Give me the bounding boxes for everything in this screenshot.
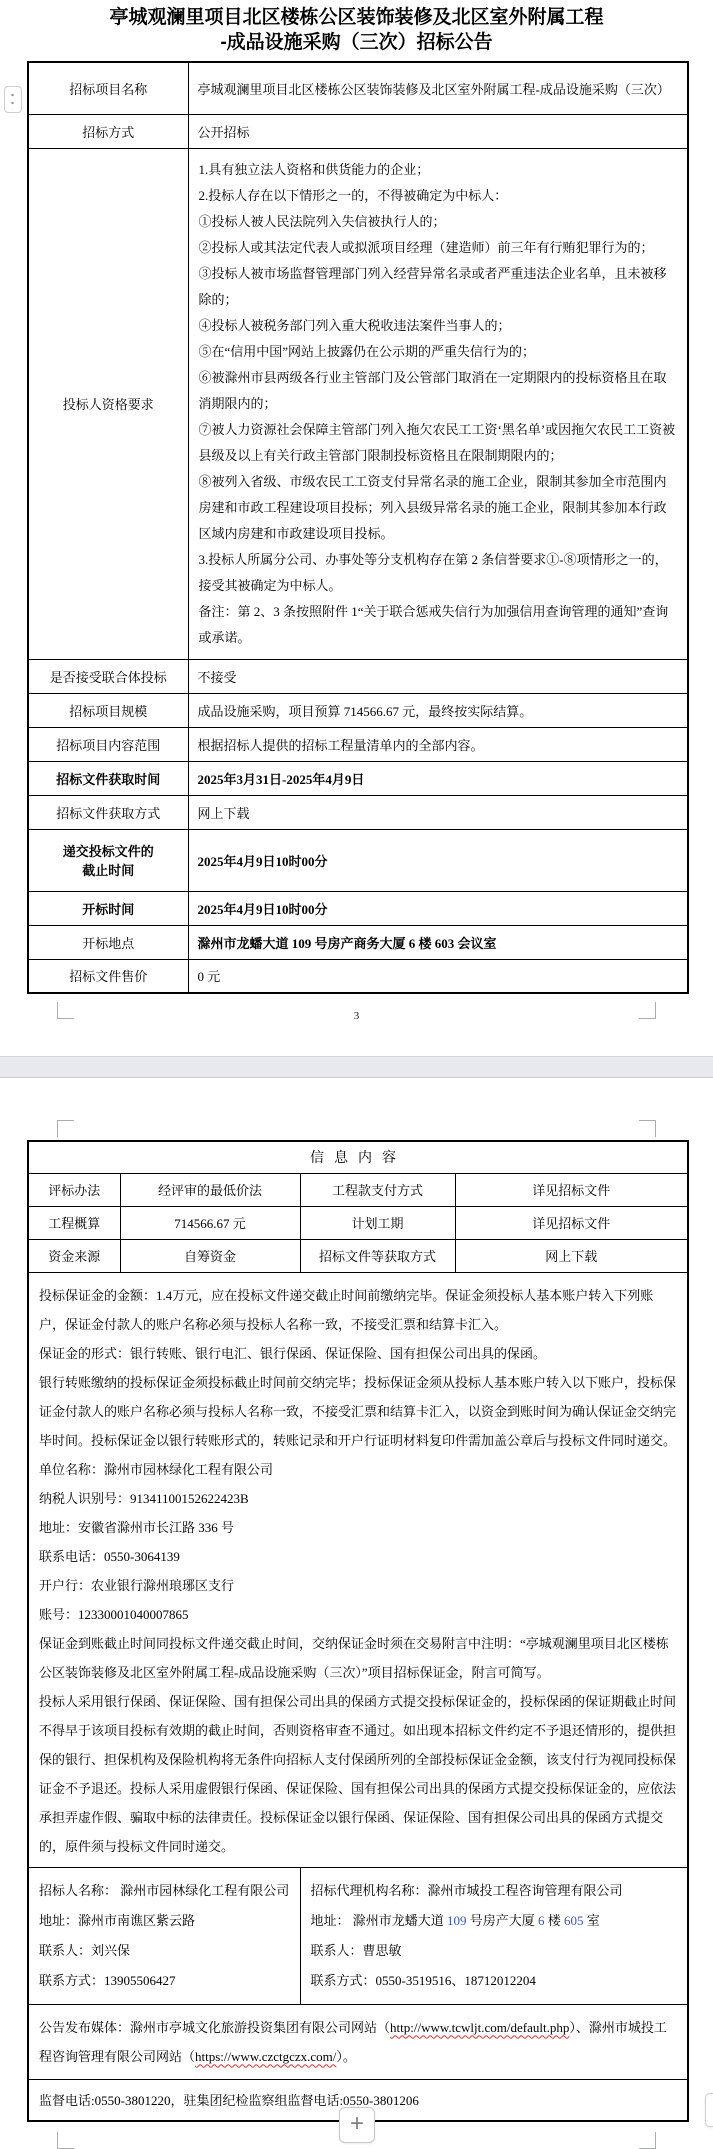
- open-time-label: 开标时间: [28, 891, 188, 925]
- table-row: 招标文件获取时间 2025年3月31日-2025年4月9日: [28, 761, 688, 795]
- deposit-paragraph: 投标保证金的金额：1.4万元，应在投标文件递交截止时间前缴纳完毕。保证金须投标人…: [39, 1281, 677, 1339]
- table-row: 信息内容: [28, 1141, 688, 1173]
- document-title-line2: -成品设施采购（三次）招标公告: [10, 30, 703, 55]
- deposit-paragraph: 保证金的形式：银行转账、银行电汇、银行保函、保证保险、国有担保公司出具的保函。: [39, 1339, 677, 1368]
- page-margin-mark: [57, 1120, 74, 1137]
- table-row: 招标项目内容范围 根据招标人提供的招标工程量清单内的全部内容。: [28, 727, 688, 761]
- page-separator: [0, 1056, 713, 1078]
- bidder-contact: 联系人：刘兴保: [39, 1936, 290, 1966]
- doc-obtain-time-label: 招标文件获取时间: [28, 761, 188, 795]
- qualification-line: ⑥被滁州市县两级各行业主管部门及公管部门取消在一定期限内的投标资格且在取消期限内…: [199, 365, 678, 417]
- agency-address-number: 605: [564, 1913, 584, 1928]
- document-page-2: 信息内容 评标办法 经评审的最低价法 工程款支付方式 详见招标文件 工程概算 7…: [0, 1078, 713, 2149]
- side-toolbar-fragment[interactable]: [705, 2093, 713, 2127]
- table-drag-handle-icon[interactable]: [4, 86, 22, 113]
- evaluation-method-label: 评标办法: [28, 1173, 120, 1206]
- project-scope-label: 招标项目内容范围: [28, 727, 188, 761]
- project-name-value: 亭城观澜里项目北区楼栋公区装饰装修及北区室外附属工程-成品设施采购（三次）: [188, 62, 688, 114]
- project-scale-value: 成品设施采购，项目预算 714566.67 元，最终按实际结算。: [188, 693, 688, 727]
- deposit-paragraph: 银行转账缴纳的投标保证金须投标截止时间前交纳完毕；投标保证金须从投标人基本账户转…: [39, 1368, 677, 1455]
- agency-address-number: 109: [447, 1913, 467, 1928]
- table-row: 开标地点 滁州市龙蟠大道 109 号房产商务大厦 6 楼 603 会议室: [28, 925, 688, 959]
- tender-method-value: 公开招标: [188, 114, 688, 148]
- qualification-line: ⑤在“信用中国”网站上披露仍在公示期的严重失信行为的；: [199, 339, 678, 365]
- agency-name: 招标代理机构名称：滁州市城投工程咨询管理有限公司: [311, 1876, 678, 1906]
- budget-value: 714566.67 元: [120, 1206, 300, 1239]
- deposit-paragraph: 投标人采用银行保函、保证保险、国有担保公司出具的保函方式提交投标保证金的，投标保…: [39, 1687, 677, 1861]
- doc-price-value: 0 元: [188, 959, 688, 993]
- qualification-line: 1.具有独立法人资格和供货能力的企业；: [199, 157, 678, 183]
- info-content-table: 信息内容 评标办法 经评审的最低价法 工程款支付方式 详见招标文件 工程概算 7…: [27, 1140, 689, 2122]
- project-name-label: 招标项目名称: [28, 62, 188, 114]
- table-row: 投标人资格要求 1.具有独立法人资格和供货能力的企业； 2.投标人存在以下情形之…: [28, 148, 688, 659]
- agency-address-text: 楼: [545, 1913, 565, 1928]
- project-scale-label: 招标项目规模: [28, 693, 188, 727]
- doc-obtain-value: 网上下载: [455, 1239, 688, 1272]
- qualification-line: ④投标人被税务部门列入重大税收违法案件当事人的；: [199, 313, 678, 339]
- agency-phone: 联系方式：0550-3519516、18712012204: [311, 1966, 678, 1996]
- media-url: https://www.czctgczx.com/: [195, 2049, 336, 2064]
- table-row: 招标方式 公开招标: [28, 114, 688, 148]
- table-row: 递交投标文件的 截止时间 2025年4月9日10时00分: [28, 829, 688, 891]
- document-page-1: 亭城观澜里项目北区楼栋公区装饰装修及北区室外附属工程 -成品设施采购（三次）招标…: [0, 0, 713, 1056]
- page-number: 3: [0, 1010, 713, 1022]
- agency-info-cell: 招标代理机构名称：滁州市城投工程咨询管理有限公司 地址： 滁州市龙蟠大道 109…: [300, 1867, 688, 2004]
- deposit-paragraph: 账号：12330001040007865: [39, 1600, 677, 1629]
- qualification-line: 2.投标人存在以下情形之一的，不得被确定为中标人：: [199, 183, 678, 209]
- bidder-address: 地址：滁州市南谯区紫云路: [39, 1906, 290, 1936]
- table-row: 开标时间 2025年4月9日10时00分: [28, 891, 688, 925]
- table-row: 工程概算 714566.67 元 计划工期 详见招标文件: [28, 1206, 688, 1239]
- qualification-line: ⑦被人力资源社会保障主管部门列入拖欠农民工工资‘黑名单’或因拖欠农民工工资被县级…: [199, 417, 678, 469]
- add-content-button[interactable]: +: [339, 2107, 375, 2143]
- deposit-paragraph: 联系电话：0550-3064139: [39, 1542, 677, 1571]
- deposit-paragraph: 纳税人识别号：91341100152622423B: [39, 1484, 677, 1513]
- budget-label: 工程概算: [28, 1206, 120, 1239]
- table-row: 招标项目规模 成品设施采购，项目预算 714566.67 元，最终按实际结算。: [28, 693, 688, 727]
- bidder-name: 招标人名称： 滁州市园林绿化工程有限公司: [39, 1876, 290, 1906]
- table-row: 是否接受联合体投标 不接受: [28, 659, 688, 693]
- doc-obtain-label: 招标文件等获取方式: [300, 1239, 455, 1272]
- table-row: 招标项目名称 亭城观澜里项目北区楼栋公区装饰装修及北区室外附属工程-成品设施采购…: [28, 62, 688, 114]
- table-row: 招标文件获取方式 网上下载: [28, 795, 688, 829]
- agency-address-text: 地址： 滁州市龙蟠大道: [311, 1913, 448, 1928]
- doc-obtain-time-value: 2025年3月31日-2025年4月9日: [188, 761, 688, 795]
- doc-obtain-method-label: 招标文件获取方式: [28, 795, 188, 829]
- deposit-terms-cell: 投标保证金的金额：1.4万元，应在投标文件递交截止时间前缴纳完毕。保证金须投标人…: [28, 1272, 688, 1867]
- consortium-value: 不接受: [188, 659, 688, 693]
- deposit-paragraph: 保证金到账截止时间同投标文件递交截止时间，交纳保证金时须在交易附言中注明：“亭城…: [39, 1629, 677, 1687]
- bidder-info-cell: 招标人名称： 滁州市园林绿化工程有限公司 地址：滁州市南谯区紫云路 联系人：刘兴…: [28, 1867, 300, 2004]
- project-scope-value: 根据招标人提供的招标工程量清单内的全部内容。: [188, 727, 688, 761]
- consortium-label: 是否接受联合体投标: [28, 659, 188, 693]
- doc-price-label: 招标文件售价: [28, 959, 188, 993]
- page-margin-mark: [639, 2132, 656, 2149]
- open-place-label: 开标地点: [28, 925, 188, 959]
- qualification-line: 3.投标人所属分公司、办事处等分支机构存在第 2 条信誉要求①-⑧项情形之一的，…: [199, 547, 678, 599]
- bidder-phone: 联系方式：13905506427: [39, 1966, 290, 1996]
- submit-deadline-label: 递交投标文件的 截止时间: [28, 829, 188, 891]
- media-text: ）。: [336, 2049, 356, 2064]
- payment-method-value: 详见招标文件: [455, 1173, 688, 1206]
- agency-address-text: 号房产大厦: [467, 1913, 539, 1928]
- payment-method-label: 工程款支付方式: [300, 1173, 455, 1206]
- open-place-value: 滁州市龙蟠大道 109 号房产商务大厦 6 楼 603 会议室: [188, 925, 688, 959]
- table-row: 投标保证金的金额：1.4万元，应在投标文件递交截止时间前缴纳完毕。保证金须投标人…: [28, 1272, 688, 1867]
- page-margin-mark: [639, 1120, 656, 1137]
- agency-address-text: 室: [584, 1913, 600, 1928]
- announcement-media-cell: 公告发布媒体：滁州市亭城文化旅游投资集团有限公司网站（http://www.tc…: [28, 2004, 688, 2079]
- deposit-paragraph: 开户行：农业银行滁州琅琊区支行: [39, 1571, 677, 1600]
- deposit-paragraph: 单位名称：滁州市园林绿化工程有限公司: [39, 1455, 677, 1484]
- schedule-label: 计划工期: [300, 1206, 455, 1239]
- table-row: 资金来源 自筹资金 招标文件等获取方式 网上下载: [28, 1239, 688, 1272]
- table-row: 招标人名称： 滁州市园林绿化工程有限公司 地址：滁州市南谯区紫云路 联系人：刘兴…: [28, 1867, 688, 2004]
- fund-source-label: 资金来源: [28, 1239, 120, 1272]
- qualification-line: 备注：第 2、3 条按照附件 1“关于联合惩戒失信行为加强信用查询管理的通知”查…: [199, 599, 678, 651]
- doc-obtain-method-value: 网上下载: [188, 795, 688, 829]
- deposit-paragraph: 地址：安徽省滁州市长江路 336 号: [39, 1513, 677, 1542]
- info-table-header: 信息内容: [28, 1141, 688, 1173]
- qualification-line: ②投标人或其法定代表人或拟派项目经理（建造师）前三年有行贿犯罪行为的；: [199, 235, 678, 261]
- open-time-value: 2025年4月9日10时00分: [188, 891, 688, 925]
- agency-address: 地址： 滁州市龙蟠大道 109 号房产大厦 6 楼 605 室: [311, 1906, 678, 1936]
- schedule-value: 详见招标文件: [455, 1206, 688, 1239]
- agency-contact: 联系人：曹思敏: [311, 1936, 678, 1966]
- fund-source-value: 自筹资金: [120, 1239, 300, 1272]
- qualification-value: 1.具有独立法人资格和供货能力的企业； 2.投标人存在以下情形之一的，不得被确定…: [188, 148, 688, 659]
- qualification-line: ③投标人被市场监督管理部门列入经营异常名录或者严重违法企业名单，且未被移除的；: [199, 261, 678, 313]
- evaluation-method-value: 经评审的最低价法: [120, 1173, 300, 1206]
- document-title-line1: 亭城观澜里项目北区楼栋公区装饰装修及北区室外附属工程: [10, 5, 703, 30]
- submit-deadline-value: 2025年4月9日10时00分: [188, 829, 688, 891]
- document-title: 亭城观澜里项目北区楼栋公区装饰装修及北区室外附属工程 -成品设施采购（三次）招标…: [10, 5, 703, 55]
- page-margin-mark: [57, 2132, 74, 2149]
- media-text: 公告发布媒体：滁州市亭城文化旅游投资集团有限公司网站（: [39, 2020, 390, 2035]
- table-row: 评标办法 经评审的最低价法 工程款支付方式 详见招标文件: [28, 1173, 688, 1206]
- tender-method-label: 招标方式: [28, 114, 188, 148]
- table-row: 公告发布媒体：滁州市亭城文化旅游投资集团有限公司网站（http://www.tc…: [28, 2004, 688, 2079]
- qualification-line: ①投标人被人民法院列入失信被执行人的；: [199, 209, 678, 235]
- table-row: 招标文件售价 0 元: [28, 959, 688, 993]
- qualification-line: ⑧被列入省级、市级农民工工资支付异常名录的施工企业，限制其参加全市范围内房建和市…: [199, 469, 678, 547]
- media-url: http://www.tcwljt.com/default.php: [390, 2020, 569, 2035]
- tender-info-table: 招标项目名称 亭城观澜里项目北区楼栋公区装饰装修及北区室外附属工程-成品设施采购…: [27, 61, 689, 994]
- qualification-label: 投标人资格要求: [28, 148, 188, 659]
